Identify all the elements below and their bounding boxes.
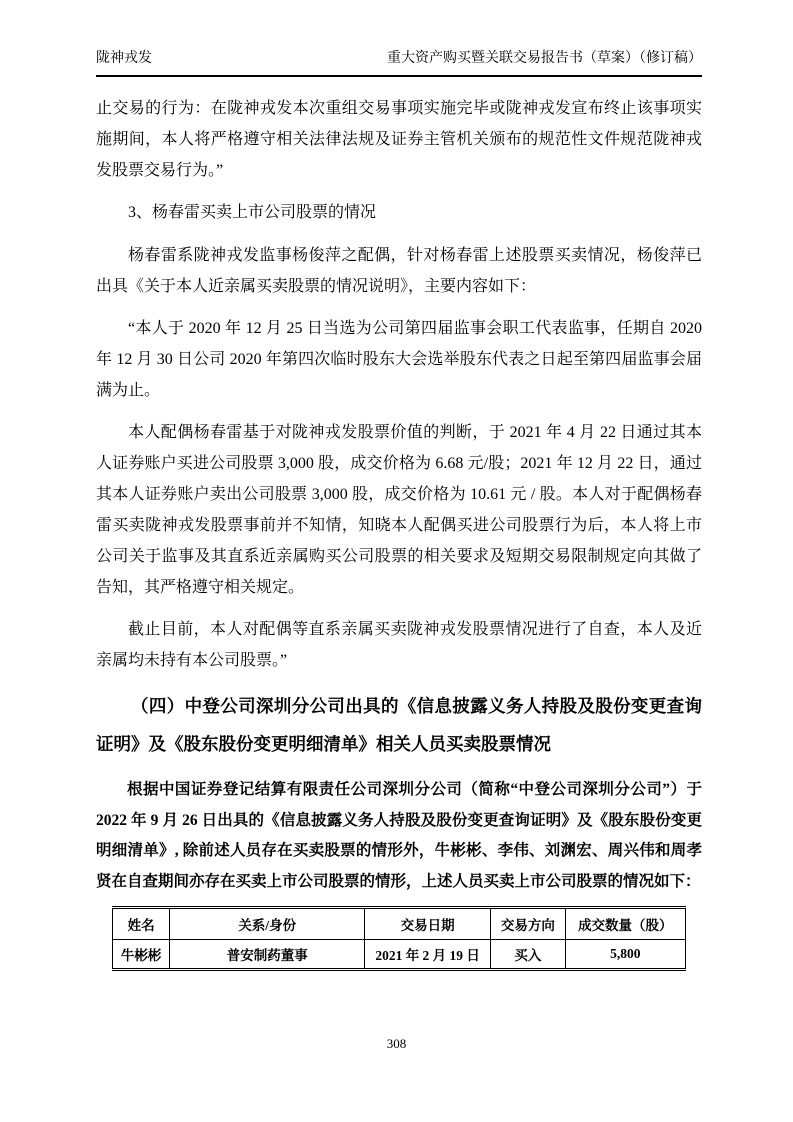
heading-section-4: （四）中登公司深圳分公司出具的《信息披露义务人持股及股份变更查询证明》及《股东股…	[96, 687, 702, 763]
table-header-name: 姓名	[113, 909, 170, 939]
cell-name: 牛彬彬	[113, 939, 170, 968]
trades-table-wrapper: 姓名 关系/身份 交易日期 交易方向 成交数量（股） 牛彬彬 普安制药董事 20…	[112, 906, 686, 971]
paragraph-quote-1: “本人于 2020 年 12 月 25 日当选为公司第四届监事会职工代表监事，任…	[96, 313, 702, 406]
paragraph-quote-3: 截止目前，本人对配偶等直系亲属买卖陇神戎发股票情况进行了自查，本人及近亲属均未持…	[96, 614, 702, 676]
paragraph-csdc: 根据中国证券登记结算有限责任公司深圳分公司（简称“中登公司深圳分公司”）于 20…	[96, 775, 702, 897]
table-header-relation: 关系/身份	[170, 909, 365, 939]
document-page: 陇神戎发 重大资产购买暨关联交易报告书（草案）（修订稿） 止交易的行为：在陇神戎…	[0, 0, 793, 1122]
page-number: 308	[0, 1036, 793, 1052]
running-header: 陇神戎发 重大资产购买暨关联交易报告书（草案）（修订稿）	[96, 50, 702, 77]
table-row: 牛彬彬 普安制药董事 2021 年 2 月 19 日 买入 5,800	[113, 939, 686, 968]
table-header-quantity: 成交数量（股）	[565, 909, 685, 939]
cell-direction: 买入	[491, 939, 565, 968]
trades-table: 姓名 关系/身份 交易日期 交易方向 成交数量（股） 牛彬彬 普安制药董事 20…	[112, 909, 686, 968]
cell-relation: 普安制药董事	[170, 939, 365, 968]
heading-section-3: 3、杨春雷买卖上市公司股票的情况	[96, 197, 702, 228]
cell-date: 2021 年 2 月 19 日	[365, 939, 491, 968]
header-doc-title: 重大资产购买暨关联交易报告书（草案）（修订稿）	[387, 50, 702, 68]
paragraph-continuation: 止交易的行为：在陇神戎发本次重组交易事项实施完毕或陇神戎发宣布终止该事项实施期间…	[96, 93, 702, 186]
paragraph-quote-2: 本人配偶杨春雷基于对陇神戎发股票价值的判断，于 2021 年 4 月 22 日通…	[96, 417, 702, 603]
table-header-row: 姓名 关系/身份 交易日期 交易方向 成交数量（股）	[113, 909, 686, 939]
cell-quantity: 5,800	[565, 939, 685, 968]
table-header-date: 交易日期	[365, 909, 491, 939]
table-header-direction: 交易方向	[491, 909, 565, 939]
header-company-name: 陇神戎发	[96, 50, 152, 68]
document-body: 止交易的行为：在陇神戎发本次重组交易事项实施完毕或陇神戎发宣布终止该事项实施期间…	[96, 93, 702, 971]
paragraph-intro: 杨春雷系陇神戎发监事杨俊萍之配偶，针对杨春雷上述股票买卖情况，杨俊萍已出具《关于…	[96, 240, 702, 302]
